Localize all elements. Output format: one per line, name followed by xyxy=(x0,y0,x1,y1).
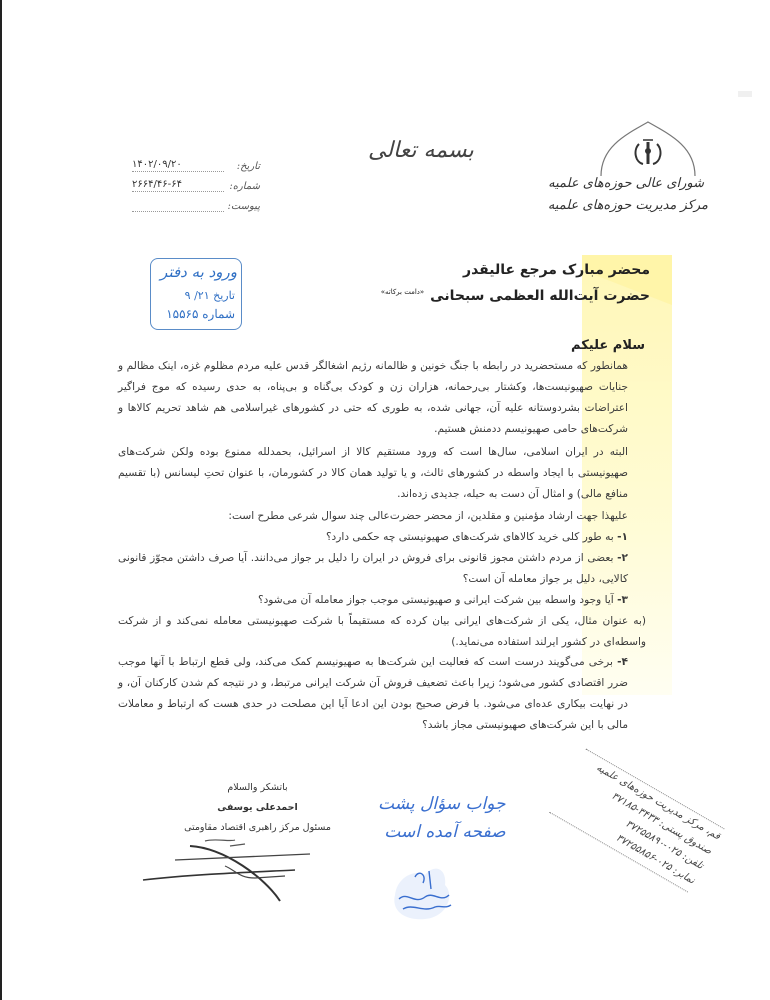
stamp-title: ورود به دفتر xyxy=(160,263,237,281)
paragraph-text: همانطور که مستحضرید در رابطه با جنگ خونی… xyxy=(118,356,646,440)
recipient-line-1: محضر مبارک مرجع عالیقدر xyxy=(381,262,650,278)
question-text: آیا وجود واسطه بین شرکت ایرانی و صهیونیس… xyxy=(258,594,614,606)
closing-block: باتشکر والسلام احمدعلی یوسفی مسئول مرکز … xyxy=(150,782,365,842)
stamp-number-label: شماره xyxy=(202,307,235,321)
stamp-date-label: تاریخ xyxy=(213,289,235,302)
date-label: تاریخ: xyxy=(226,161,260,172)
handwritten-answer-note: جواب سؤال پشت صفحه آمده است xyxy=(378,790,506,846)
attachment-label: پیوست: xyxy=(226,201,260,212)
question-3: ۳- آیا وجود واسطه بین شرکت ایرانی و صهیو… xyxy=(118,590,646,653)
question-number: ۲- xyxy=(617,552,628,564)
letter-page: شورای عالی حوزه‌های علمیه مرکز مدیریت حو… xyxy=(0,0,770,1000)
phone: تلفن: ۰۲۵-۳۷۲۵۵۸۹۰ xyxy=(561,782,705,872)
signature-icon xyxy=(135,838,335,903)
number-value: ۲۶۶۴/۴۶-۶۴ xyxy=(132,179,182,190)
question-text: بعضی از مردم داشتن مجوز قانونی برای فروش… xyxy=(118,552,628,585)
received-stamp: ورود به دفتر تاریخ ۲۱/ ۹ شماره ۱۵۵۶۵ xyxy=(150,258,242,330)
scan-artifact xyxy=(738,91,752,97)
date-value: ۱۴۰۲/۰۹/۲۰ xyxy=(132,159,182,170)
recipient-block: محضر مبارک مرجع عالیقدر حضرت آیت‌الله ال… xyxy=(381,262,650,304)
question-text: برخی می‌گویند درست است که فعالیت این شرک… xyxy=(118,656,628,731)
signer-title: مسئول مرکز راهبری اقتصاد مقاومتی xyxy=(150,822,365,833)
question-text: به طور کلی خرید کالاهای شرکت‌های صهیونیس… xyxy=(326,531,614,543)
stamp-number-value: ۱۵۵۶۵ xyxy=(166,307,198,321)
question-note: (به عنوان مثال، یکی از شرکت‌های ایرانی ب… xyxy=(118,611,646,653)
signer-name: احمدعلی یوسفی xyxy=(150,802,365,813)
recipient-name: حضرت آیت‌الله العظمی سبحانی xyxy=(430,288,650,304)
question-number: ۳- xyxy=(617,594,628,606)
org-name-council: شورای عالی حوزه‌های علمیه xyxy=(548,176,704,191)
date-row: تاریخ: ۱۴۰۲/۰۹/۲۰ xyxy=(130,156,260,176)
address-block: قم، مرکز مدیریت حوزه‌های علمیه صندوق پست… xyxy=(547,745,727,896)
stamp-number: شماره ۱۵۵۶۵ xyxy=(166,307,235,321)
letter-meta: تاریخ: ۱۴۰۲/۰۹/۲۰ شماره: ۲۶۶۴/۴۶-۶۴ پیوس… xyxy=(130,156,260,216)
body-paragraph-3: علیهذا جهت ارشاد مؤمنین و مقلدین، از محض… xyxy=(118,506,646,527)
closing-regards: باتشکر والسلام xyxy=(150,782,365,793)
number-row: شماره: ۲۶۶۴/۴۶-۶۴ xyxy=(130,176,260,196)
question-4: ۴- برخی می‌گویند درست است که فعالیت این … xyxy=(118,652,646,736)
question-number: ۱- xyxy=(617,531,628,543)
scan-edge xyxy=(0,0,2,1000)
attachment-row: پیوست: xyxy=(130,196,260,216)
salutation: سلام علیکم xyxy=(571,338,645,353)
paragraph-text: البته در ایران اسلامی، سال‌ها است که ورو… xyxy=(118,442,646,505)
body-paragraph-1: همانطور که مستحضرید در رابطه با جنگ خونی… xyxy=(118,356,646,440)
letterhead-logo: شورای عالی حوزه‌های علمیه مرکز مدیریت حو… xyxy=(588,118,708,228)
question-number: ۴- xyxy=(617,656,628,668)
question-1: ۱- به طور کلی خرید کالاهای شرکت‌های صهیو… xyxy=(118,527,646,548)
question-2: ۲- بعضی از مردم داشتن مجوز قانونی برای ف… xyxy=(118,548,646,590)
answer-note-line-1: جواب سؤال پشت xyxy=(378,790,506,818)
body-paragraph-2: البته در ایران اسلامی، سال‌ها است که ورو… xyxy=(118,442,646,505)
answer-note-line-2: صفحه آمده است xyxy=(378,818,506,846)
recipient-line-2: حضرت آیت‌الله العظمی سبحانی«دامت برکاته» xyxy=(381,288,650,304)
paragraph-text: علیهذا جهت ارشاد مؤمنین و مقلدین، از محض… xyxy=(118,506,646,527)
bismillah-heading: بسمه تعالی xyxy=(368,138,474,163)
stamp-date-value: ۲۱/ ۹ xyxy=(185,289,210,302)
stamp-date: تاریخ ۲۱/ ۹ xyxy=(185,289,235,302)
iran-emblem-icon xyxy=(593,118,703,176)
office-seal-icon xyxy=(385,855,460,925)
recipient-honorific: «دامت برکاته» xyxy=(381,288,424,296)
number-label: شماره: xyxy=(226,181,260,192)
org-name-management-center: مرکز مدیریت حوزه‌های علمیه xyxy=(548,198,708,213)
